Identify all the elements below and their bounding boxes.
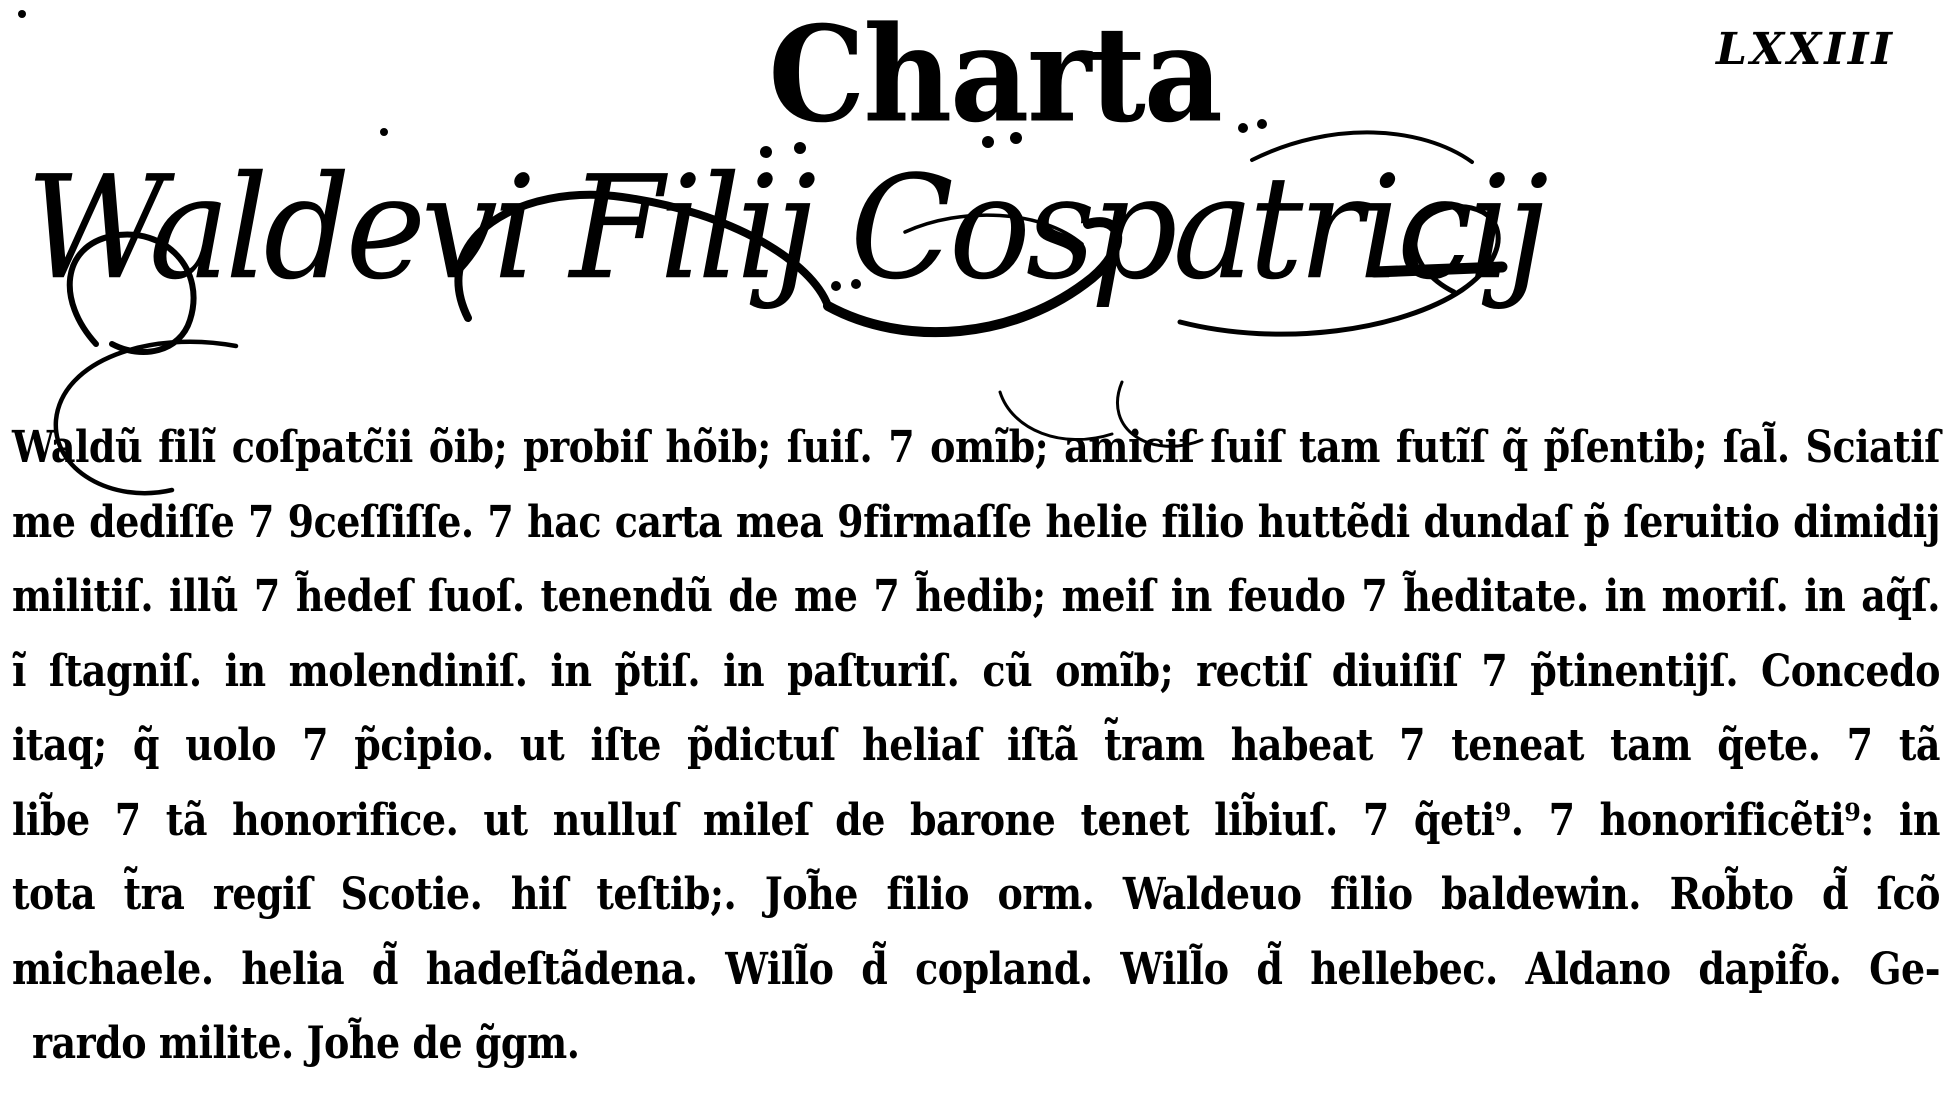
- charter-body: Waldũ filĩ coſpatc̃ii õib; probiſ hõib; …: [12, 410, 1940, 1081]
- charter-text-line: tota t̃ra regiſ Scotie. hiſ teſtib;. Joh…: [12, 851, 1940, 937]
- facsimile-plate: LXXIII Charta Waldevi Filij Cospatricij …: [0, 0, 1953, 1108]
- charter-text-line: militiſ. illũ 7 h̃edeſ ſuoſ. tenendũ de …: [12, 553, 1940, 639]
- plate-number: LXXIII: [1716, 24, 1895, 75]
- charter-text-line: michaele. helia d̃ hadeſtãdena. Will̃o d…: [12, 926, 1940, 1012]
- charter-text-line: rardo milite. Joh̃e de g̃gm.: [12, 1000, 1940, 1086]
- charter-text-line: lib̃e 7 tã honorifice. ut nulluſ mileſ d…: [12, 777, 1940, 863]
- charter-heading: Waldevi Filij Cospatricij: [26, 146, 1544, 312]
- plate-title: Charta: [768, 0, 1221, 152]
- charter-text-line: itaq; q̃ uolo 7 p̃cipio. ut iſte p̃dictu…: [12, 702, 1940, 788]
- charter-text-line: me dediſſe 7 9ceſſiſſe. 7 hac carta mea …: [12, 479, 1940, 565]
- charter-text-line: ĩ ſtagniſ. in molendiniſ. in p̃tiſ. in p…: [12, 628, 1940, 714]
- charter-text-line: Waldũ filĩ coſpatc̃ii õib; probiſ hõib; …: [12, 404, 1940, 490]
